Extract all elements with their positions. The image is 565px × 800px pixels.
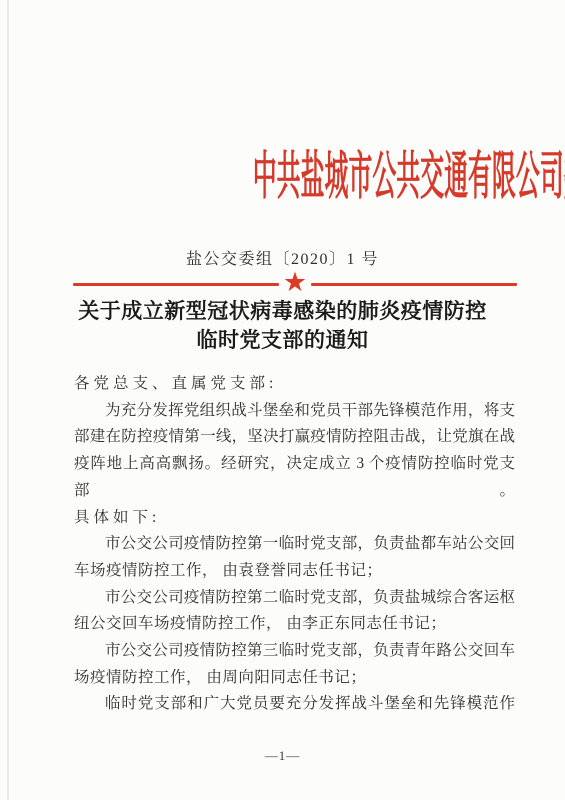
body-line: 场疫情防控工作， 由周向阳同志任书记； bbox=[74, 665, 515, 692]
rule-right-segment bbox=[311, 283, 517, 286]
star-icon: ★ bbox=[283, 269, 307, 296]
body-line: 各党总支、直属党支部: bbox=[74, 371, 515, 398]
red-rule: ★ bbox=[73, 271, 517, 297]
document-title: 关于成立新型冠状病毒感染的肺炎疫情防控 临时党支部的通知 bbox=[0, 297, 565, 355]
document-title-line1: 关于成立新型冠状病毒感染的肺炎疫情防控 bbox=[0, 297, 565, 326]
body-line: 疫阵地上高高飘扬。经研究，决定成立 3 个疫情防控临时党支部。 bbox=[74, 451, 515, 504]
body-line: 市公交公司疫情防控第三临时党支部，负责青年路公交回车 bbox=[74, 638, 515, 665]
body-line: 部建在防控疫情第一线，坚决打赢疫情防控阻击战，让党旗在战 bbox=[74, 424, 515, 451]
document-title-line2: 临时党支部的通知 bbox=[0, 326, 565, 355]
document-masthead: 中共盐城市公共交通有限公司委员会文件 bbox=[0, 134, 565, 198]
body-line: 市公交公司疫情防控第二临时党支部，负责盐城综合客运枢 bbox=[74, 585, 515, 612]
body-line: 具体如下: bbox=[74, 505, 515, 532]
body-line: 为充分发挥党组织战斗堡垒和党员干部先锋模范作用，将支 bbox=[74, 398, 515, 425]
document-page: 中共盐城市公共交通有限公司委员会文件 盐公交委组〔2020〕1 号 ★ 关于成立… bbox=[0, 0, 565, 800]
rule-left-segment bbox=[73, 283, 279, 286]
body-line: 市公交公司疫情防控第一临时党支部，负责盐都车站公交回 bbox=[74, 531, 515, 558]
page-number: —1— bbox=[0, 748, 565, 764]
body-lines: 各党总支、直属党支部:为充分发挥党组织战斗堡垒和党员干部先锋模范作用，将支部建在… bbox=[74, 371, 515, 718]
body-line: 车场疫情防控工作， 由袁登誉同志任书记； bbox=[74, 558, 515, 585]
body-line: 临时党支部和广大党员要充分发挥战斗堡垒和先锋模范作 bbox=[74, 691, 515, 718]
masthead-title: 中共盐城市公共交通有限公司委员会文件 bbox=[253, 134, 565, 209]
body-line: 纽公交回车场疫情防控工作， 由李正东同志任书记； bbox=[74, 611, 515, 638]
